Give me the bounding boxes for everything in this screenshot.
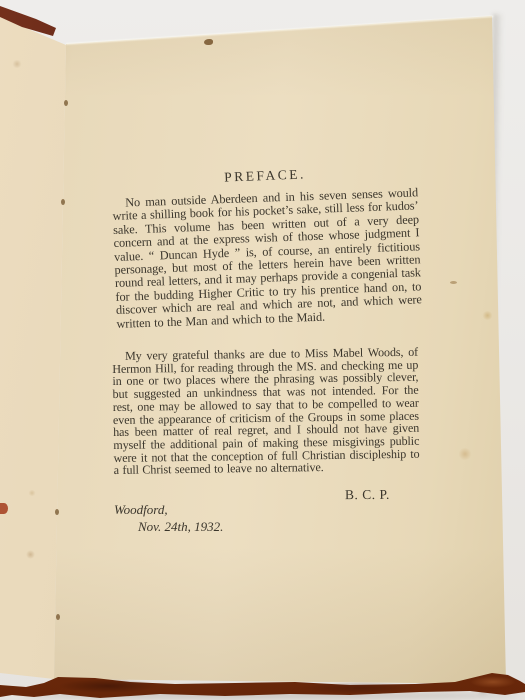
page-content: PREFACE. No man outside Aberdeen and in … <box>112 166 418 566</box>
foxing-stain <box>482 311 493 320</box>
stitch-hole <box>61 199 65 205</box>
stitch-hole <box>55 509 59 515</box>
paper-speck <box>204 39 213 45</box>
foxing-stain <box>450 281 457 284</box>
author-initials: B. C. P. <box>345 487 390 503</box>
preface-paragraph-2: My very grateful thanks are due to Miss … <box>112 346 420 477</box>
place-line: Woodford, <box>114 502 168 518</box>
foxing-stain <box>458 448 472 460</box>
cover-dark-patch <box>300 682 420 694</box>
preface-paragraph-1: No man outside Aberdeen and in his seven… <box>112 186 422 331</box>
stitch-hole <box>64 100 68 106</box>
cover-fleck <box>0 503 8 514</box>
cover-light-patch <box>470 676 516 688</box>
cover-dark-patch <box>58 679 158 693</box>
stitch-hole <box>56 614 60 620</box>
book-photo: PREFACE. No man outside Aberdeen and in … <box>0 0 525 700</box>
date-line: Nov. 24th, 1932. <box>138 519 223 535</box>
foxing-stain <box>12 60 22 68</box>
foxing-stain <box>26 550 35 559</box>
foxing-stain <box>28 490 36 496</box>
page-heading: PREFACE. <box>112 162 418 190</box>
